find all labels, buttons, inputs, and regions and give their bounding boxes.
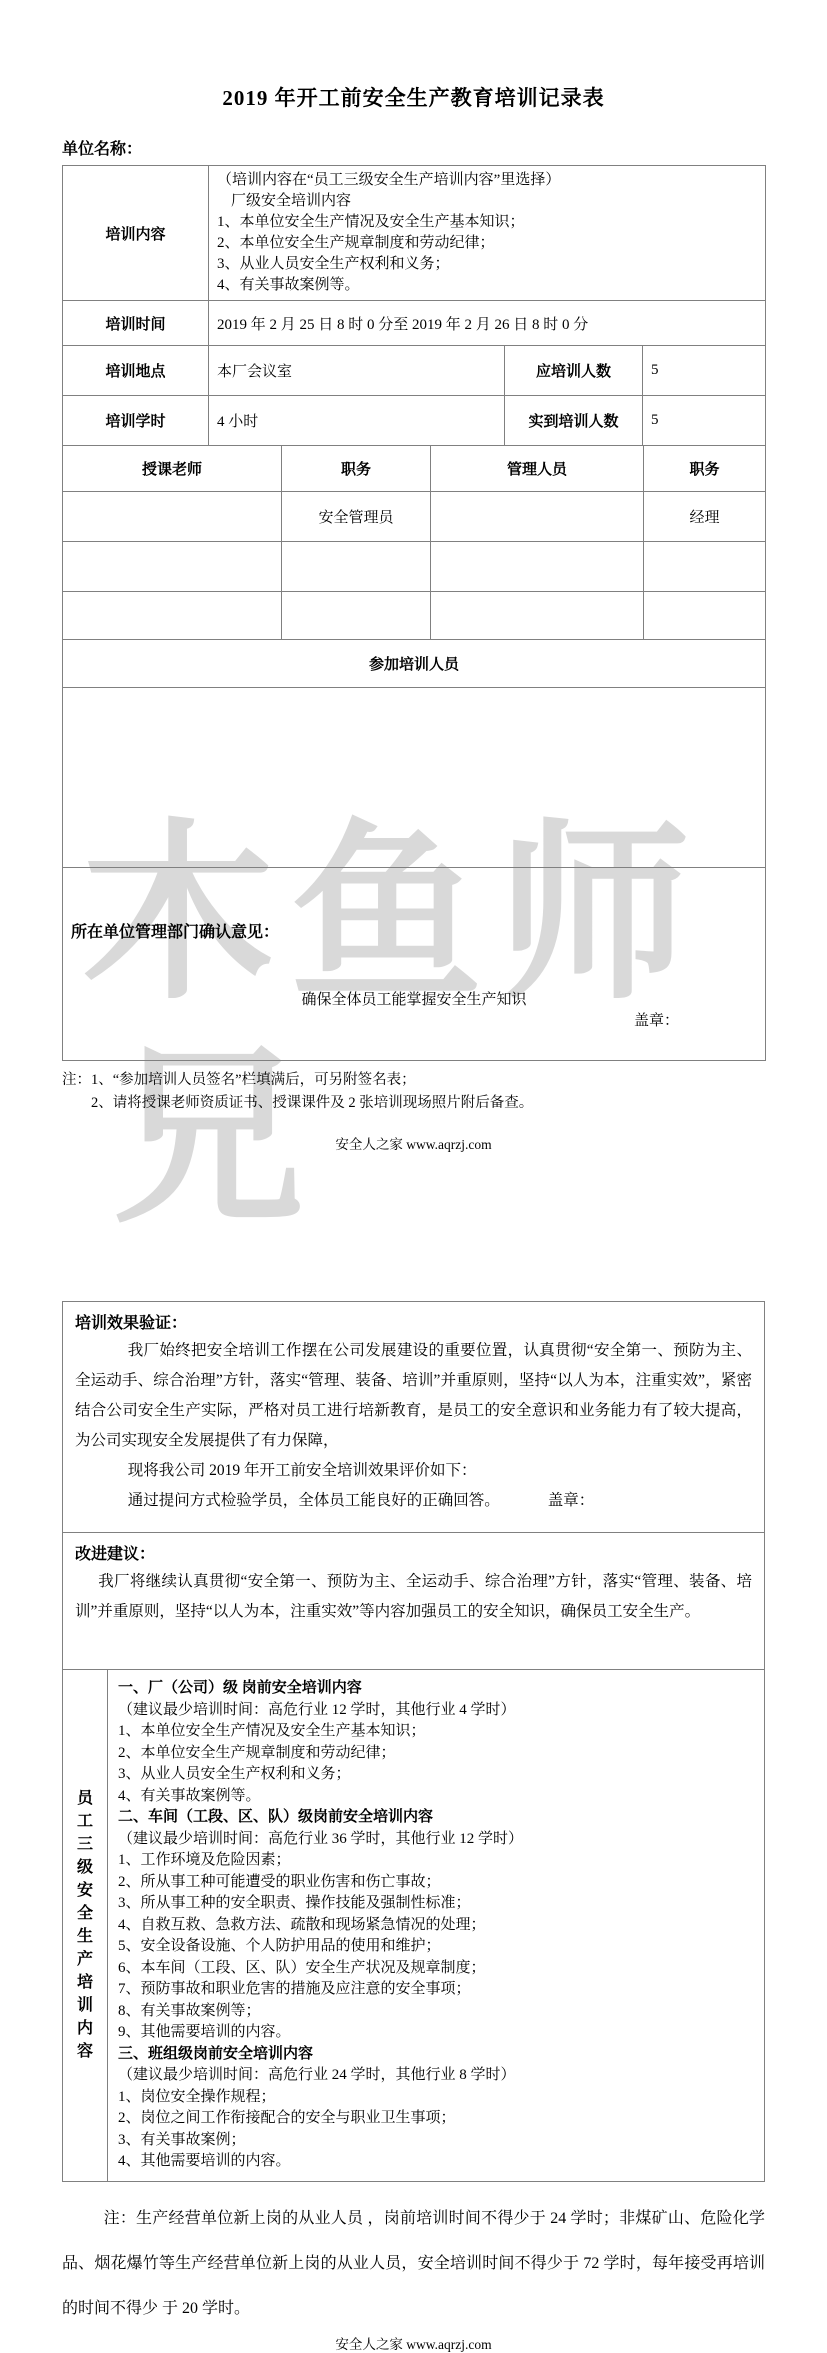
teachers-table: 授课老师 职务 管理人员 职务 安全管理员 经理 (62, 445, 766, 640)
effect-paragraph: 我厂始终把安全培训工作摆在公司发展建设的重要位置，认真贯彻“安全第一、预防为主、… (75, 1336, 752, 1456)
three-level-training-section: 员工三级安全生产培训内容 一、厂（公司）级 岗前安全培训内容 （建议最少培训时间… (63, 1669, 764, 2181)
confirmation-cell: 所在单位管理部门确认意见： 确保全体员工能掌握安全生产知识 盖章： (63, 868, 766, 1061)
seal-label: 盖章： (548, 1492, 595, 1509)
list-item: 1、本单位安全生产情况及安全生产基本知识； (118, 1721, 754, 1743)
training-content-line: 4、有关事故案例等。 (217, 275, 757, 296)
note-line: 2、请将授课老师资质证书、授课课件及 2 张培训现场照片附后备查。 (62, 1092, 765, 1115)
actual-trainees-value: 5 (643, 396, 766, 446)
teacher-name-cell (63, 542, 282, 592)
table-row (63, 542, 766, 592)
training-content-line: 1、本单位安全生产情况及安全生产基本知识； (217, 212, 757, 233)
training-time-label: 培训时间 (63, 301, 209, 346)
training-info-table: 培训内容 （培训内容在“员工三级安全生产培训内容”里选择） 厂级安全培训内容 1… (62, 165, 766, 446)
page2-panel: 培训效果验证： 我厂始终把安全培训工作摆在公司发展建设的重要位置，认真贯彻“安全… (62, 1301, 765, 2182)
list-item: 3、从业人员安全生产权利和义务； (118, 1764, 754, 1786)
manager-name-cell (431, 542, 644, 592)
training-hours-value: 4 小时 (209, 396, 505, 446)
participants-header: 参加培训人员 (63, 640, 766, 688)
vertical-label: 员工三级安全生产培训内容 (77, 1787, 94, 2063)
improvement-suggestion-heading: 改进建议： (75, 1543, 752, 1567)
teacher-name-cell (63, 592, 282, 640)
list-item: 2、所从事工种可能遭受的职业伤害和伤亡事故； (118, 1872, 754, 1894)
confirmation-text: 确保全体员工能掌握安全生产知识 (71, 988, 757, 1009)
vertical-label-cell: 员工三级安全生产培训内容 (63, 1670, 108, 2181)
seal-label: 盖章： (634, 1009, 679, 1030)
training-content-line: 3、从业人员安全生产权利和义务； (217, 254, 757, 275)
table-row (63, 688, 766, 868)
teacher-title-header: 职务 (282, 446, 431, 492)
section-subtitle: （建议最少培训时间：高危行业 24 学时，其他行业 8 学时） (118, 2065, 754, 2087)
training-place-label: 培训地点 (63, 346, 209, 396)
teacher-header: 授课老师 (63, 446, 282, 492)
actual-trainees-label: 实到培训人数 (505, 396, 643, 446)
participants-table: 参加培训人员 所在单位管理部门确认意见： 确保全体员工能掌握安全生产知识 盖章： (62, 639, 766, 1061)
table-row: 培训内容 （培训内容在“员工三级安全生产培训内容”里选择） 厂级安全培训内容 1… (63, 166, 766, 301)
list-item: 5、安全设备设施、个人防护用品的使用和维护； (118, 1936, 754, 1958)
document-page: 2019 年开工前安全生产教育培训记录表 单位名称： 培训内容 （培训内容在“员… (0, 0, 827, 2353)
teacher-title-cell (282, 592, 431, 640)
three-level-content: 一、厂（公司）级 岗前安全培训内容 （建议最少培训时间：高危行业 12 学时，其… (108, 1670, 764, 2181)
manager-title-cell: 经理 (644, 492, 766, 542)
teacher-title-cell: 安全管理员 (282, 492, 431, 542)
list-item: 2、岗位之间工作衔接配合的安全与职业卫生事项； (118, 2108, 754, 2130)
list-item: 7、预防事故和职业危害的措施及应注意的安全事项； (118, 1979, 754, 2001)
section-title: 二、车间（工段、区、队）级岗前安全培训内容 (118, 1807, 754, 1829)
training-time-value: 2019 年 2 月 25 日 8 时 0 分至 2019 年 2 月 26 日… (209, 301, 766, 346)
expected-trainees-label: 应培训人数 (505, 346, 643, 396)
training-content-line: （培训内容在“员工三级安全生产培训内容”里选择） (217, 170, 757, 191)
training-content-label: 培训内容 (63, 166, 209, 301)
section-subtitle: （建议最少培训时间：高危行业 36 学时，其他行业 12 学时） (118, 1829, 754, 1851)
table-row: 培训地点 本厂会议室 应培训人数 5 (63, 346, 766, 396)
expected-trainees-value: 5 (643, 346, 766, 396)
list-item: 2、本单位安全生产规章制度和劳动纪律； (118, 1743, 754, 1765)
list-item: 1、工作环境及危险因素； (118, 1850, 754, 1872)
teacher-name-cell (63, 492, 282, 542)
list-item: 6、本车间（工段、区、队）安全生产状况及规章制度； (118, 1958, 754, 1980)
list-item: 4、有关事故案例等。 (118, 1786, 754, 1808)
table-row: 培训学时 4 小时 实到培训人数 5 (63, 396, 766, 446)
training-hours-label: 培训学时 (63, 396, 209, 446)
manager-title-cell (644, 592, 766, 640)
training-content-line: 厂级安全培训内容 (217, 191, 757, 212)
section-title: 一、厂（公司）级 岗前安全培训内容 (118, 1678, 754, 1700)
list-item: 4、其他需要培训的内容。 (118, 2151, 754, 2173)
effect-result-text: 通过提问方式检验学员，全体员工能良好的正确回答。 (128, 1492, 500, 1509)
note-line: 注：1、“参加培训人员签名”栏填满后，可另附签名表； (62, 1069, 765, 1092)
footer-text: 安全人之家 www.aqrzj.com (62, 2333, 765, 2353)
training-content-cell: （培训内容在“员工三级安全生产培训内容”里选择） 厂级安全培训内容 1、本单位安… (209, 166, 766, 301)
confirmation-label: 所在单位管理部门确认意见： (71, 919, 757, 942)
manager-title-cell (644, 542, 766, 592)
improvement-suggestion-section: 改进建议： 我厂将继续认真贯彻“安全第一、预防为主、全运动手、综合治理”方针，落… (63, 1532, 764, 1669)
list-item: 1、岗位安全操作规程； (118, 2087, 754, 2109)
training-place-value: 本厂会议室 (209, 346, 505, 396)
participants-signature-area (63, 688, 766, 868)
table-row: 培训时间 2019 年 2 月 25 日 8 时 0 分至 2019 年 2 月… (63, 301, 766, 346)
footer-text: 安全人之家 www.aqrzj.com (62, 1133, 765, 1153)
table-row: 安全管理员 经理 (63, 492, 766, 542)
training-content-line: 2、本单位安全生产规章制度和劳动纪律； (217, 233, 757, 254)
improvement-suggestion-paragraph: 我厂将继续认真贯彻“安全第一、预防为主、全运动手、综合治理”方针，落实“管理、装… (75, 1567, 752, 1627)
table-header-row: 授课老师 职务 管理人员 职务 (63, 446, 766, 492)
list-item: 3、所从事工种的安全职责、操作技能及强制性标准； (118, 1893, 754, 1915)
section-subtitle: （建议最少培训时间：高危行业 12 学时，其他行业 4 学时） (118, 1700, 754, 1722)
list-item: 4、自救互救、急救方法、疏散和现场紧急情况的处理； (118, 1915, 754, 1937)
table-header-row: 参加培训人员 (63, 640, 766, 688)
teacher-title-cell (282, 542, 431, 592)
effect-evaluation-line: 现将我公司 2019 年开工前安全培训效果评价如下： (75, 1456, 752, 1486)
manager-header: 管理人员 (431, 446, 644, 492)
notes-block: 注：1、“参加培训人员签名”栏填满后，可另附签名表； 2、请将授课老师资质证书、… (62, 1069, 765, 1115)
section-title: 三、班组级岗前安全培训内容 (118, 2044, 754, 2066)
effect-result-line: 通过提问方式检验学员，全体员工能良好的正确回答。盖章： (75, 1486, 752, 1516)
manager-name-cell (431, 592, 644, 640)
list-item: 9、其他需要培训的内容。 (118, 2022, 754, 2044)
list-item: 8、有关事故案例等； (118, 2001, 754, 2023)
effect-verification-section: 培训效果验证： 我厂始终把安全培训工作摆在公司发展建设的重要位置，认真贯彻“安全… (63, 1302, 764, 1532)
list-item: 3、有关事故案例； (118, 2130, 754, 2152)
table-row: 所在单位管理部门确认意见： 确保全体员工能掌握安全生产知识 盖章： (63, 868, 766, 1061)
manager-name-cell (431, 492, 644, 542)
bottom-note: 注：生产经营单位新上岗的从业人员 ，岗前培训时间不得少于 24 学时；非煤矿山、… (62, 2196, 765, 2331)
page-title: 2019 年开工前安全生产教育培训记录表 (62, 0, 765, 112)
manager-title-header: 职务 (644, 446, 766, 492)
table-row (63, 592, 766, 640)
unit-name-label: 单位名称： (62, 136, 765, 159)
effect-verification-heading: 培训效果验证： (75, 1312, 752, 1336)
